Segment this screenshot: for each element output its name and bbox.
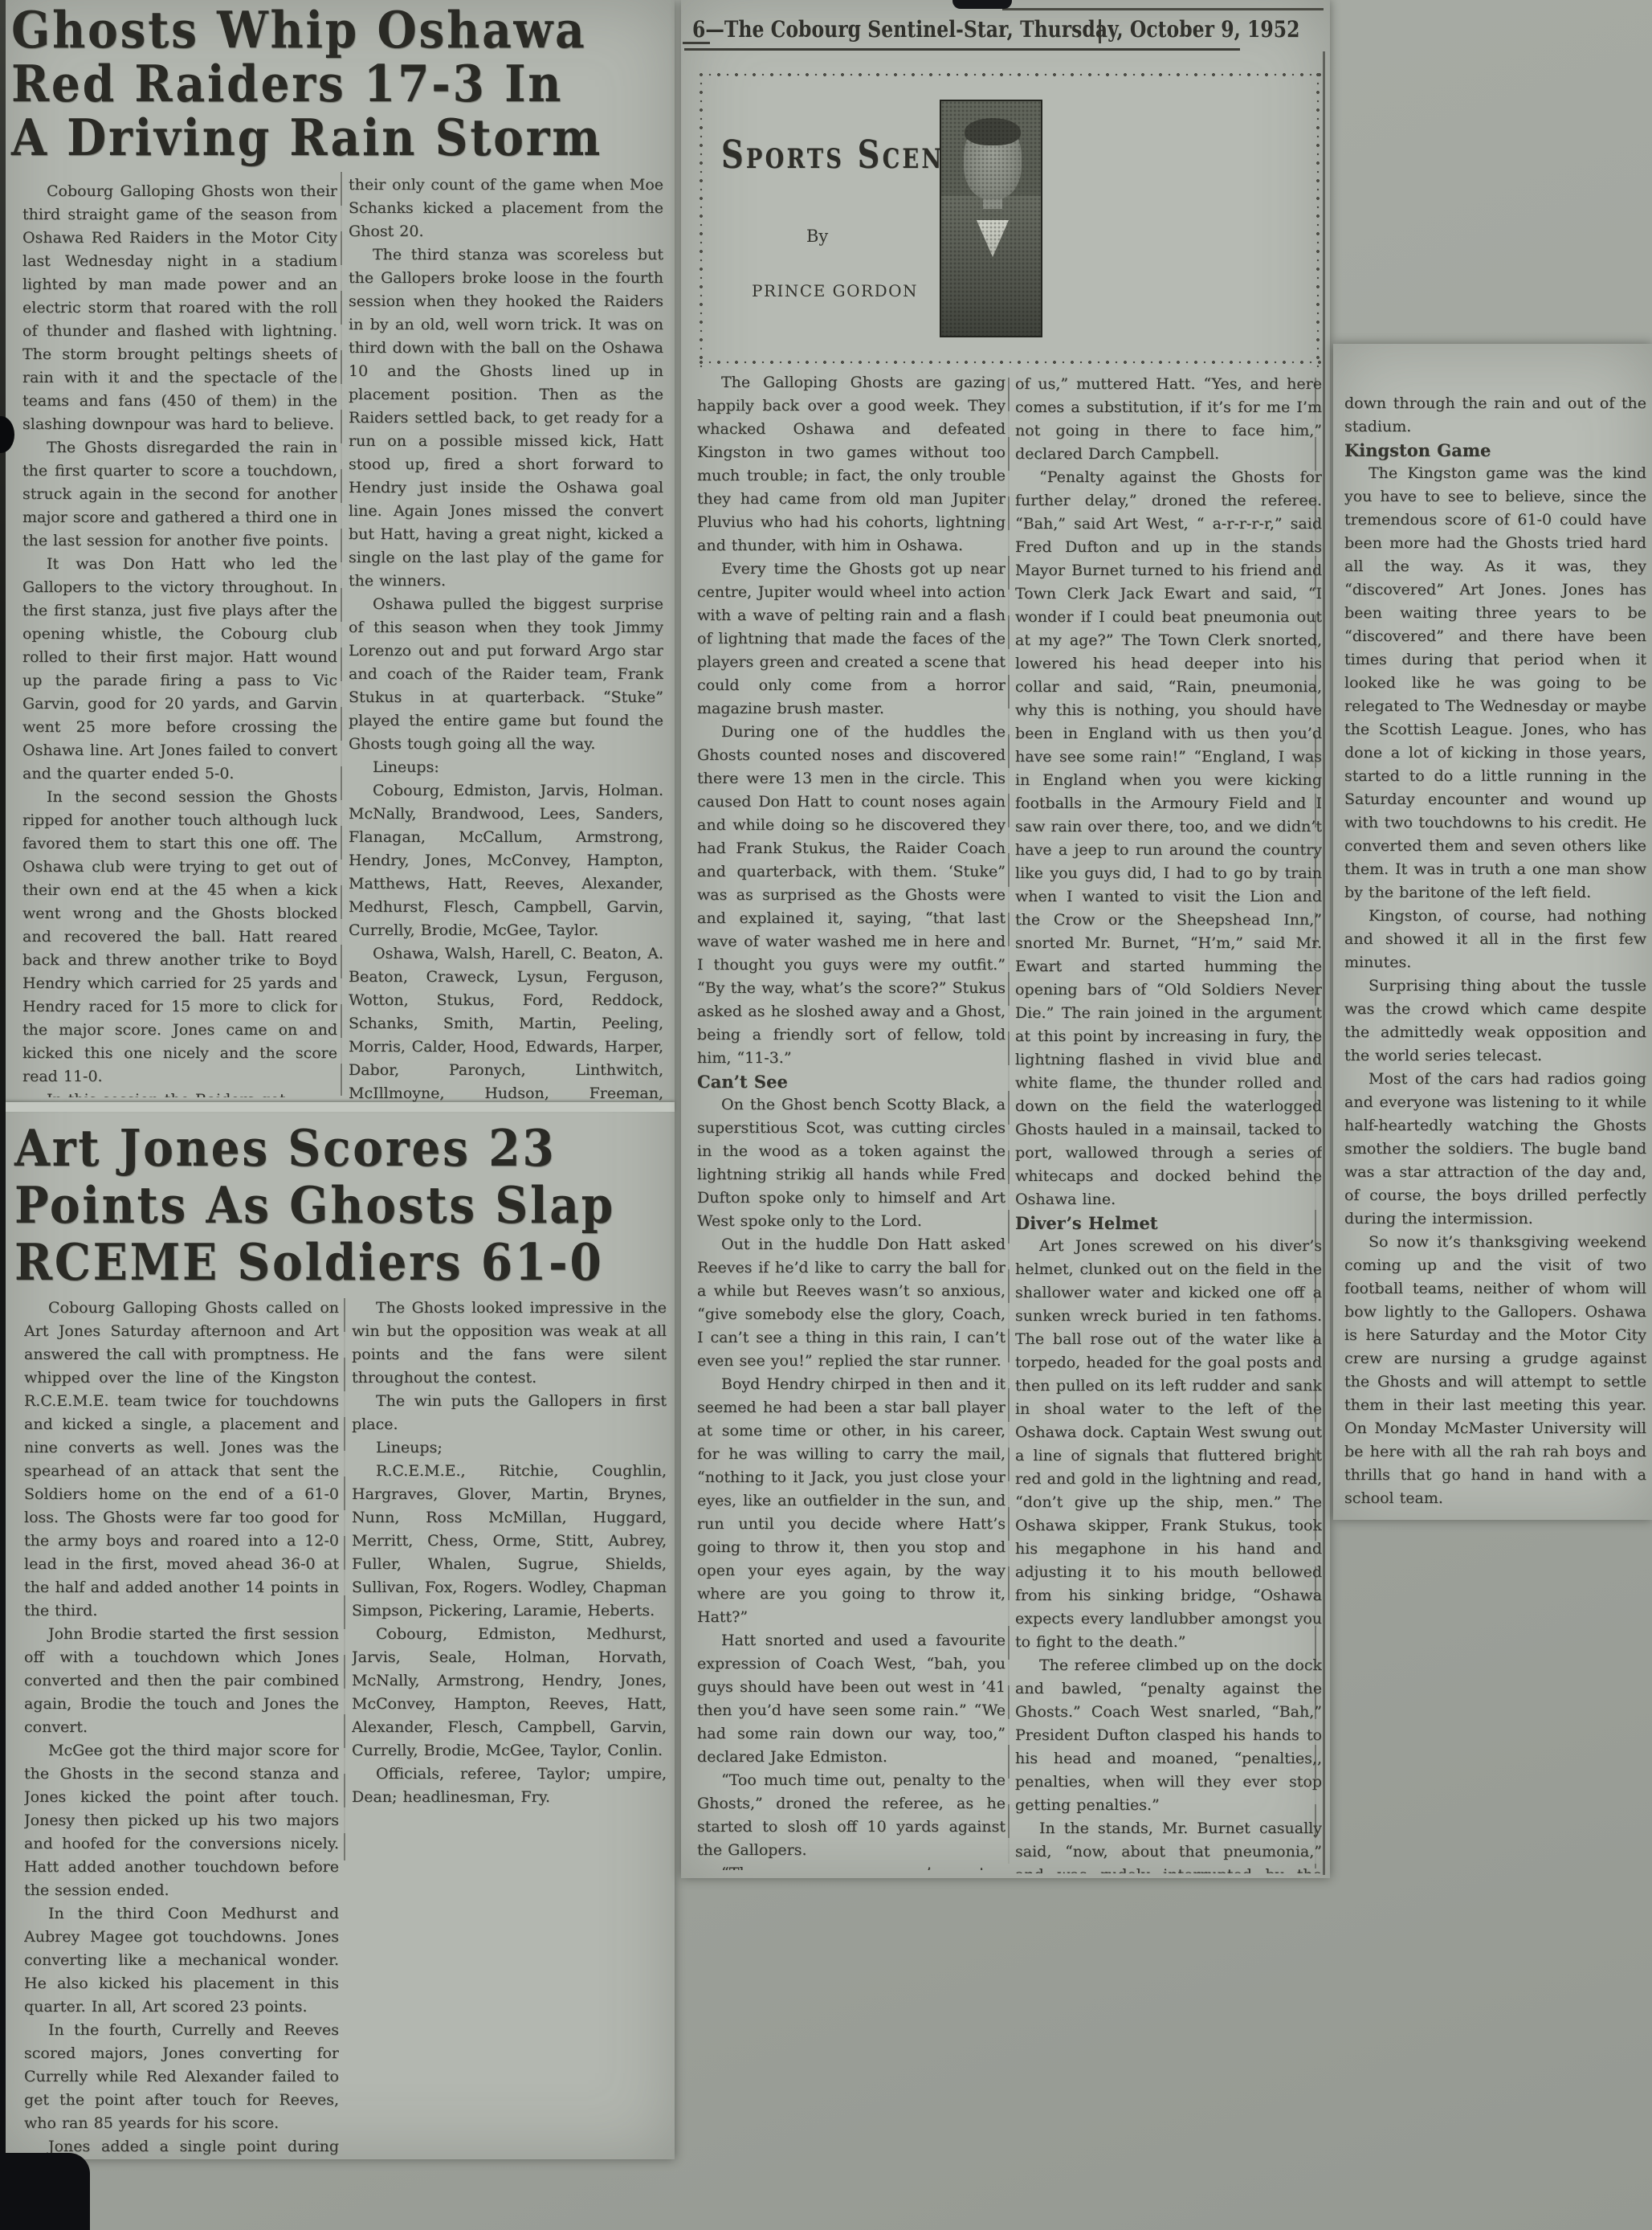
lineup-cobourg: Cobourg, Edmiston, Jarvis, Holman. McNal… xyxy=(349,779,663,942)
portrait-photo xyxy=(940,100,1042,337)
paragraph: The win puts the Gallopers in first plac… xyxy=(352,1390,667,1436)
officials-line: Officials, referee, Taylor; umpire, Dean… xyxy=(352,1762,667,1809)
paragraph: The third stanza was scoreless but the G… xyxy=(349,243,663,593)
subheading-cant-see: Can’t See xyxy=(697,1070,1005,1093)
paragraph: Lineups: xyxy=(349,756,663,779)
paragraph: The Kingston game was the kind you have … xyxy=(1344,462,1646,905)
paragraph: In the third Coon Medhurst and Aubrey Ma… xyxy=(24,1902,339,2019)
scan-corner-shadow xyxy=(0,2153,90,2230)
headline-line: Art Jones Scores 23 xyxy=(14,1120,665,1177)
paragraph: In the second session the Ghosts ripped … xyxy=(22,786,337,1088)
lineup-rceme: R.C.E.M.E., Ritchie, Coughlin, Hargraves… xyxy=(352,1460,667,1623)
column-rule xyxy=(344,1298,345,1860)
article-rceme-column-1: Cobourg Galloping Ghosts called on Art J… xyxy=(24,1297,339,2156)
paragraph: It was Don Hatt who led the Gallopers to… xyxy=(22,553,337,786)
paragraph: Cobourg Galloping Ghosts called on Art J… xyxy=(24,1297,339,1623)
paragraph: McGee got the third major score for the … xyxy=(24,1739,339,1902)
sports-scene-column-1: The Galloping Ghosts are gazing happily … xyxy=(697,371,1005,1870)
paragraph: So now it’s thanksgiving weekend coming … xyxy=(1344,1231,1646,1510)
paragraph: Every time the Ghosts got up near centre… xyxy=(697,557,1005,721)
decorative-border-top xyxy=(695,69,1324,80)
byline-author: PRINCE GORDON xyxy=(752,281,918,300)
lineup-oshawa: Oshawa, Walsh, Harell, C. Beaton, A. Bea… xyxy=(349,942,663,1102)
paragraph: Art Jones screwed on his diver’s helmet,… xyxy=(1015,1235,1322,1654)
sports-scene-column-3: down through the rain and out of the sta… xyxy=(1344,392,1646,1517)
paragraph: In the stands, Mr. Burnet casually said,… xyxy=(1015,1817,1322,1873)
article-oshawa-headline: Ghosts Whip Oshawa Red Raiders 17-3 In A… xyxy=(11,3,671,165)
headline-line: Ghosts Whip Oshawa xyxy=(11,3,671,57)
paragraph: The Ghosts looked impressive in the win … xyxy=(352,1297,667,1390)
masthead: 6—The Cobourg Sentinel-Star, Thursday, O… xyxy=(692,16,1303,43)
paragraph: Out in the huddle Don Hatt asked Reeves … xyxy=(697,1233,1005,1373)
scan-edge-shadow xyxy=(0,0,6,2230)
paragraph: On the Ghost bench Scotty Black, a super… xyxy=(697,1093,1005,1233)
paragraph: The Ghosts disregarded the rain in the f… xyxy=(22,436,337,553)
paragraph: “Too much time out, penalty to the Ghost… xyxy=(697,1769,1005,1862)
headline-line: A Driving Rain Storm xyxy=(11,111,671,165)
paragraph: Kingston, of course, had nothing and sho… xyxy=(1344,905,1646,974)
column-rule xyxy=(341,172,342,1096)
paragraph: The Galloping Ghosts are gazing happily … xyxy=(697,371,1005,557)
decorative-border-left xyxy=(695,69,707,368)
headline-line: Points As Ghosts Slap xyxy=(14,1177,665,1234)
paragraph: of us,” muttered Hatt. “Yes, and here co… xyxy=(1015,373,1322,466)
article-oshawa-column-2: their only count of the game when Moe Sc… xyxy=(349,174,663,1102)
headline-line: RCEME Soldiers 61-0 xyxy=(14,1234,665,1291)
paragraph: Boyd Hendry chirped in then and it seeme… xyxy=(697,1373,1005,1629)
sports-scene-column-2: of us,” muttered Hatt. “Yes, and here co… xyxy=(1015,373,1322,1873)
article-rceme-headline: Art Jones Scores 23 Points As Ghosts Sla… xyxy=(14,1120,665,1291)
sports-scene-title: Sports Scene xyxy=(721,135,963,175)
paragraph: “There you are now we’ve got a penalty, … xyxy=(697,1862,1005,1870)
paragraph: In the fourth, Currelly and Reeves score… xyxy=(24,2019,339,2135)
article-rceme-column-2: The Ghosts looked impressive in the win … xyxy=(352,1297,667,1872)
masthead-text: 6—The Cobourg Sentinel-Star, Thursday, O… xyxy=(692,16,1299,43)
masthead-underline xyxy=(684,48,1240,51)
byline-by-label: By xyxy=(806,227,828,246)
paragraph: The referee climbed up on the dock and b… xyxy=(1015,1654,1322,1817)
newspaper-scan-page: Ghosts Whip Oshawa Red Raiders 17-3 In A… xyxy=(0,0,1652,2230)
decorative-border-bottom xyxy=(695,357,1324,368)
halftone-overlay xyxy=(941,101,1041,336)
paragraph: In this session the Raiders got xyxy=(22,1088,337,1097)
paragraph: down through the rain and out of the sta… xyxy=(1344,392,1646,439)
subheading-divers-helmet: Diver’s Helmet xyxy=(1015,1211,1322,1235)
paragraph: “Penalty against the Ghosts for further … xyxy=(1015,466,1322,1211)
paragraph: their only count of the game when Moe Sc… xyxy=(349,174,663,243)
paragraph: Surprising thing about the tussle was th… xyxy=(1344,974,1646,1068)
column-rule xyxy=(1323,51,1325,1875)
scan-artifact xyxy=(952,0,1012,9)
paragraph: John Brodie started the first session of… xyxy=(24,1623,339,1739)
paper-seam xyxy=(5,1102,675,1112)
subheading-kingston-game: Kingston Game xyxy=(1344,439,1646,462)
paragraph: Lineups; xyxy=(352,1436,667,1460)
paragraph: During one of the huddles the Ghosts cou… xyxy=(697,721,1005,1070)
paragraph: Hatt snorted and used a favourite expres… xyxy=(697,1629,1005,1769)
paragraph: Most of the cars had radios going and ev… xyxy=(1344,1068,1646,1231)
lineup-cobourg: Cobourg, Edmiston, Medhurst, Jarvis, Sea… xyxy=(352,1623,667,1762)
headline-line: Red Raiders 17-3 In xyxy=(11,57,671,111)
top-rule xyxy=(1002,8,1324,10)
paragraph: Oshawa pulled the biggest surprise of th… xyxy=(349,593,663,756)
article-oshawa-column-1: Cobourg Galloping Ghosts won their third… xyxy=(22,180,337,1097)
column-rule xyxy=(1008,378,1010,1864)
paragraph: Cobourg Galloping Ghosts won their third… xyxy=(22,180,337,436)
decorative-border-right xyxy=(1312,69,1324,368)
